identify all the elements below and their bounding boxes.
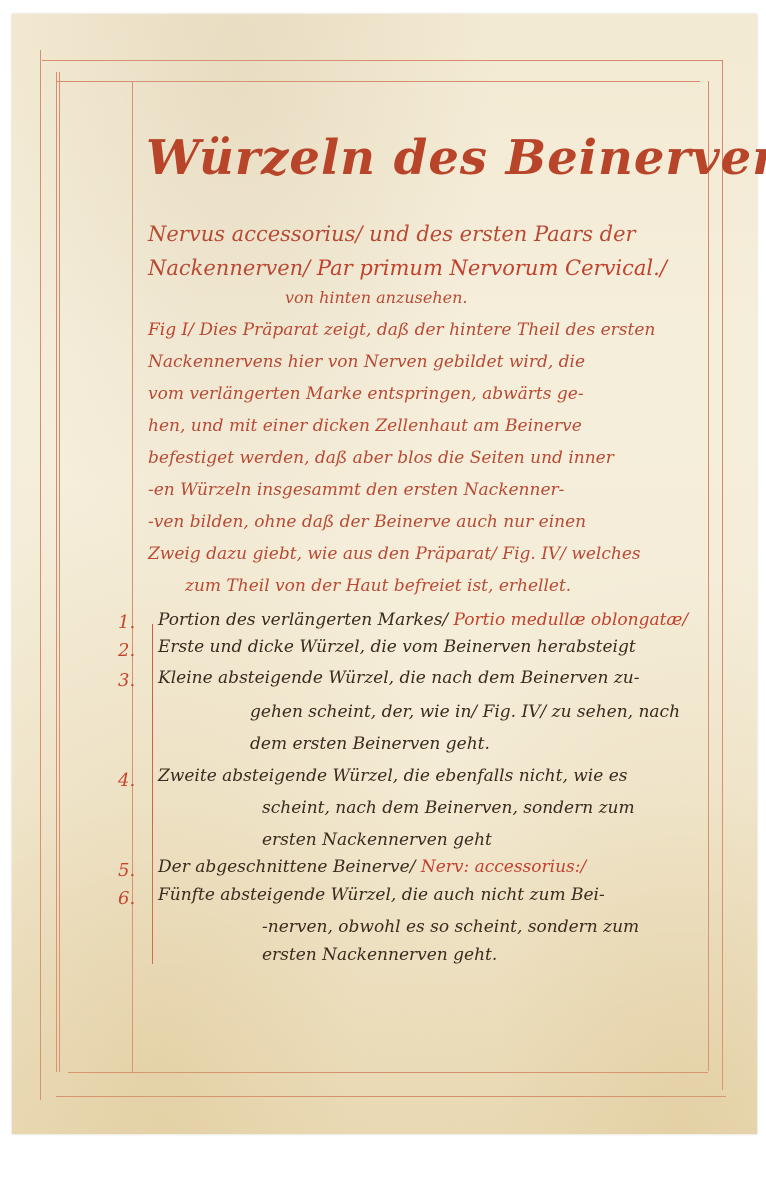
inner-frame-right bbox=[708, 81, 709, 1071]
body-line-6: -en Würzeln insgesammt den ersten Nacken… bbox=[148, 480, 564, 500]
subtitle-line-1: Nervus accessorius/ und des ersten Paars… bbox=[148, 222, 636, 246]
list-item-3-line-2: gehen scheint, der, wie in/ Fig. IV/ zu … bbox=[250, 702, 680, 722]
body-line-1: Fig I/ Dies Präparat zeigt, daß der hint… bbox=[148, 320, 655, 340]
list-number-6: 6. bbox=[118, 888, 135, 909]
list-margin-line bbox=[152, 624, 153, 964]
margin-line bbox=[132, 82, 133, 1072]
list-item-1: Portion des verlängerten Markes/ Portio … bbox=[158, 610, 688, 630]
list-item-5: Der abgeschnittene Beinerve/ Nerv: acces… bbox=[158, 857, 586, 877]
body-line-5: befestiget werden, daß aber blos die Sei… bbox=[148, 448, 614, 468]
outer-frame-right bbox=[722, 60, 723, 1090]
subtitle-line-2: Nackennerven/ Par primum Nervorum Cervic… bbox=[148, 256, 667, 280]
body-line-8: Zweig dazu giebt, wie aus den Präparat/ … bbox=[148, 544, 641, 564]
outer-frame-bottom bbox=[56, 1096, 726, 1097]
list-item-6-line-2: -nerven, obwohl es so scheint, sondern z… bbox=[262, 917, 639, 937]
body-line-3: vom verlängerten Marke entspringen, abwä… bbox=[148, 384, 584, 404]
inner-frame-left bbox=[56, 72, 57, 1072]
list-number-4: 4. bbox=[118, 770, 135, 791]
page-title: Würzeln des Beinerven bbox=[146, 130, 686, 186]
body-line-4: hen, und mit einer dicken Zellenhaut am … bbox=[148, 416, 582, 436]
list-item-4-line-1: Zweite absteigende Würzel, die ebenfalls… bbox=[158, 766, 627, 786]
inner-frame-left-double bbox=[59, 72, 60, 1072]
subtitle-line-3: von hinten anzusehen. bbox=[285, 288, 468, 307]
list-item-4-line-3: ersten Nackennerven geht bbox=[262, 830, 492, 850]
list-item-6-line-1: Fünfte absteigende Würzel, die auch nich… bbox=[158, 885, 605, 905]
outer-frame-top bbox=[42, 60, 722, 61]
inner-frame-top bbox=[56, 81, 700, 82]
body-line-9: zum Theil von der Haut befreiet ist, erh… bbox=[185, 576, 571, 596]
list-number-2: 2. bbox=[118, 640, 135, 661]
body-line-2: Nackennervens hier von Nerven gebildet w… bbox=[148, 352, 585, 372]
list-number-5: 5. bbox=[118, 860, 135, 881]
list-item-3-line-3: dem ersten Beinerven geht. bbox=[250, 734, 490, 754]
list-number-1: 1. bbox=[118, 612, 135, 633]
body-line-7: -ven bilden, ohne daß der Beinerve auch … bbox=[148, 512, 586, 532]
list-item-4-line-2: scheint, nach dem Beinerven, sondern zum bbox=[262, 798, 635, 818]
list-item-6-line-3: ersten Nackennerven geht. bbox=[262, 945, 497, 965]
inner-frame-bottom bbox=[68, 1072, 708, 1073]
outer-frame-left bbox=[40, 50, 41, 1100]
list-item-2: Erste und dicke Würzel, die vom Beinerve… bbox=[158, 637, 636, 657]
list-number-3: 3. bbox=[118, 670, 135, 691]
list-item-3-line-1: Kleine absteigende Würzel, die nach dem … bbox=[158, 668, 639, 688]
